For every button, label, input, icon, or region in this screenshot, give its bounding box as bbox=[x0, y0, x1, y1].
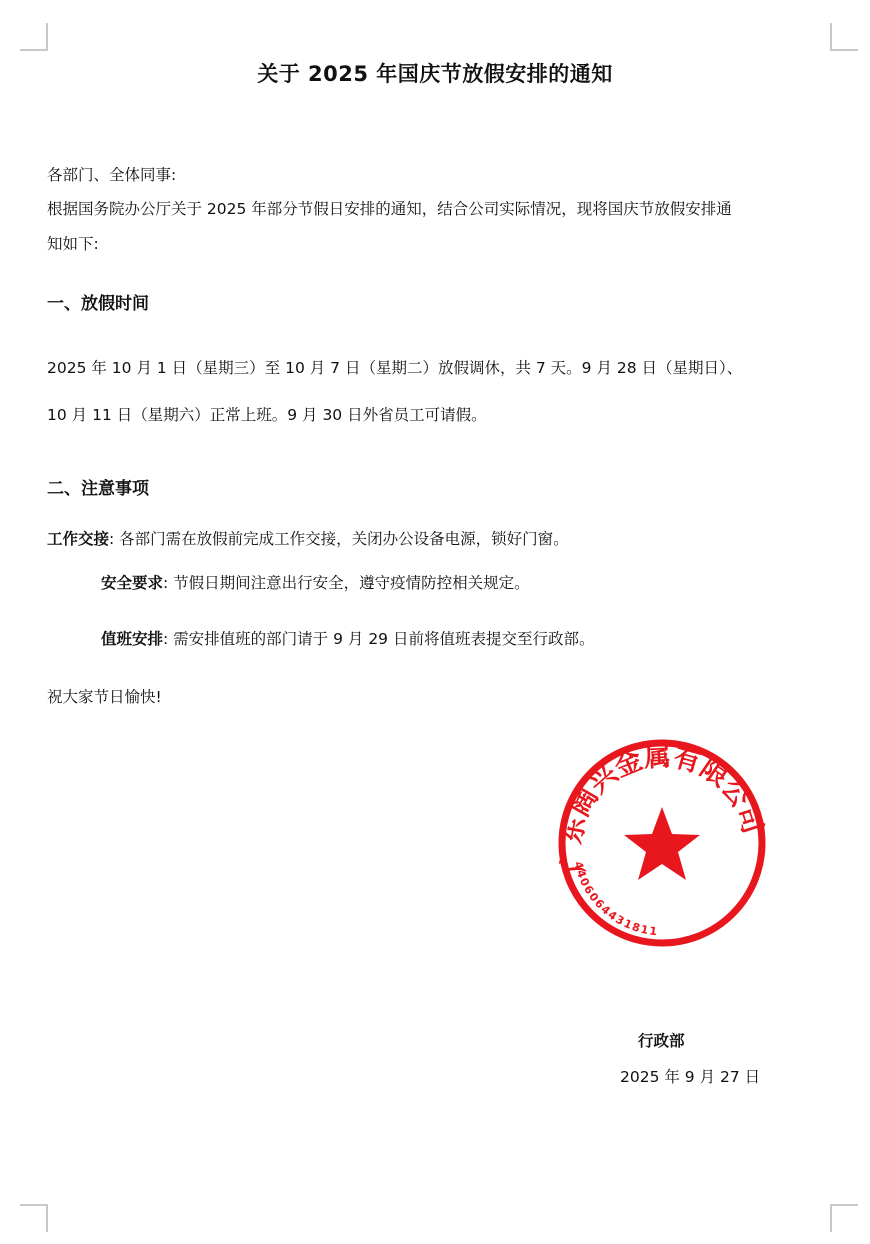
corner-mark-top-left-v bbox=[46, 23, 48, 51]
closing-wish: 祝大家节日愉快! bbox=[47, 687, 162, 707]
corner-mark-top-right-v bbox=[830, 23, 832, 51]
note-separator: : bbox=[163, 574, 173, 592]
corner-mark-top-right-h bbox=[830, 49, 858, 51]
note-text: 需安排值班的部门请于 9 月 29 日前将值班表提交至行政部。 bbox=[173, 630, 594, 648]
document-title: 关于 2025 年国庆节放假安排的通知 bbox=[0, 58, 870, 88]
corner-mark-bottom-left-v bbox=[46, 1204, 48, 1232]
holiday-time-line-1: 2025 年 10 月 1 日（星期三）至 10 月 7 日（星期二）放假调休，… bbox=[47, 358, 742, 378]
corner-mark-bottom-left-h bbox=[20, 1204, 48, 1206]
note-label: 值班安排 bbox=[101, 630, 163, 648]
company-seal: 广东阔兴金属有限公司 4406064431811 bbox=[558, 735, 768, 950]
note-text: 节假日期间注意出行安全，遵守疫情防控相关规定。 bbox=[173, 574, 530, 592]
note-item-safety: 安全要求: 节假日期间注意出行安全，遵守疫情防控相关规定。 bbox=[101, 573, 530, 593]
corner-mark-top-left-h bbox=[20, 49, 48, 51]
holiday-time-line-2: 10 月 11 日（星期六）正常上班。9 月 30 日外省员工可请假。 bbox=[47, 405, 487, 425]
signature-department: 行政部 bbox=[638, 1029, 685, 1051]
intro-line-2: 知如下: bbox=[47, 234, 99, 254]
note-separator: : bbox=[109, 530, 119, 548]
note-text: 各部门需在放假前完成工作交接，关闭办公设备电源，锁好门窗。 bbox=[119, 530, 569, 548]
star-icon bbox=[624, 807, 700, 880]
intro-line-1: 根据国务院办公厅关于 2025 年部分节假日安排的通知，结合公司实际情况，现将国… bbox=[47, 199, 732, 219]
note-item-handover: 工作交接: 各部门需在放假前完成工作交接，关闭办公设备电源，锁好门窗。 bbox=[47, 529, 569, 549]
corner-mark-bottom-right-v bbox=[830, 1204, 832, 1232]
section-heading-holiday-time: 一、放假时间 bbox=[47, 289, 149, 314]
note-item-duty: 值班安排: 需安排值班的部门请于 9 月 29 日前将值班表提交至行政部。 bbox=[101, 629, 594, 649]
section-heading-notes: 二、注意事项 bbox=[47, 474, 149, 499]
signature-date: 2025 年 9 月 27 日 bbox=[620, 1065, 760, 1087]
corner-mark-bottom-right-h bbox=[830, 1204, 858, 1206]
salutation: 各部门、全体同事: bbox=[47, 165, 176, 185]
note-separator: : bbox=[163, 630, 173, 648]
note-label: 工作交接 bbox=[47, 530, 109, 548]
note-label: 安全要求 bbox=[101, 574, 163, 592]
